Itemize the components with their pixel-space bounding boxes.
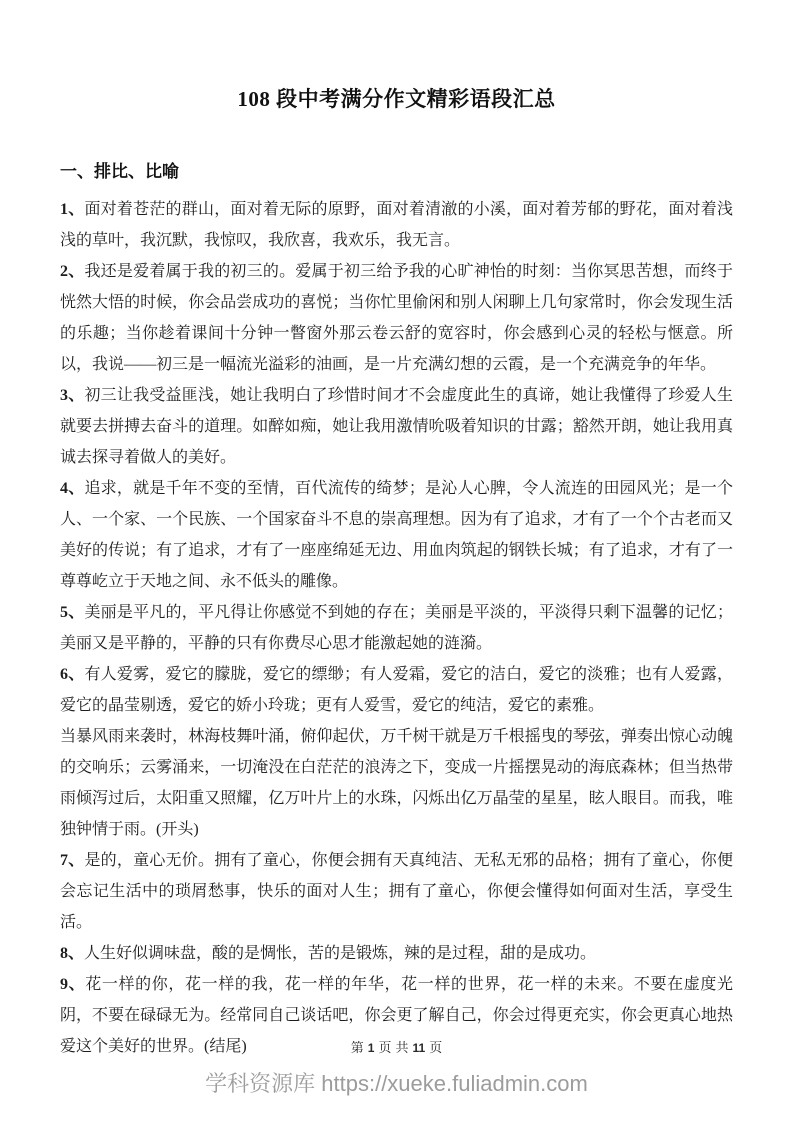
paragraph-text: 初三让我受益匪浅，她让我明白了珍惜时间才不会虚度此生的真谛，她让我懂得了珍爱人生… — [60, 387, 733, 466]
paragraph-number: 5、 — [60, 604, 84, 621]
total-page-number: 11 — [413, 1041, 426, 1055]
document-body: 1、面对着苍茫的群山，面对着无际的原野，面对着清澈的小溪，面对着芳郁的野花，面对… — [60, 194, 733, 1062]
paragraph-text: 面对着苍茫的群山，面对着无际的原野，面对着清澈的小溪，面对着芳郁的野花，面对着浅… — [60, 201, 733, 249]
paragraph-3: 3、初三让我受益匪浅，她让我明白了珍惜时间才不会虚度此生的真谛，她让我懂得了珍爱… — [60, 380, 733, 473]
paragraph-number: 2、 — [60, 263, 84, 280]
paragraph-unnumbered-rain: 当暴风雨来袭时，林海枝舞叶涌，俯仰起伏，万千树干就是万千根摇曳的琴弦，弹奏出惊心… — [60, 721, 733, 845]
paragraph-text: 是的，童心无价。拥有了童心，你便会拥有天真纯洁、无私无邪的品格；拥有了童心，你便… — [60, 852, 733, 931]
paragraph-text: 美丽是平凡的，平凡得让你感觉不到她的存在；美丽是平淡的，平淡得只剩下温馨的记忆；… — [60, 604, 733, 652]
paragraph-number: 8、 — [60, 945, 84, 962]
paragraph-2: 2、我还是爱着属于我的初三的。爱属于初三给予我的心旷神怡的时刻：当你冥思苦想，而… — [60, 256, 733, 380]
paragraph-6: 6、有人爱雾，爱它的朦胧，爱它的缥缈；有人爱霜，爱它的洁白，爱它的淡雅；也有人爱… — [60, 659, 733, 721]
paragraph-number: 9、 — [60, 976, 85, 993]
paragraph-text: 我还是爱着属于我的初三的。爱属于初三给予我的心旷神怡的时刻：当你冥思苦想，而终于… — [60, 263, 733, 373]
paragraph-number: 7、 — [60, 852, 84, 869]
footer-label-mid1: 页 — [378, 1040, 391, 1055]
paragraph-5: 5、美丽是平凡的，平凡得让你感觉不到她的存在；美丽是平淡的，平淡得只剩下温馨的记… — [60, 597, 733, 659]
paragraph-text: 有人爱雾，爱它的朦胧，爱它的缥缈；有人爱霜，爱它的洁白，爱它的淡雅；也有人爱露，… — [60, 666, 733, 714]
watermark-text: 学科资源库 https://xueke.fuliadmin.com — [0, 1069, 793, 1099]
paragraph-4: 4、追求，就是千年不变的至情，百代流传的绮梦；是沁人心脾，令人流连的田园风光；是… — [60, 473, 733, 597]
paragraph-text: 当暴风雨来袭时，林海枝舞叶涌，俯仰起伏，万千树干就是万千根摇曳的琴弦，弹奏出惊心… — [60, 728, 733, 838]
paragraph-text: 人生好似调味盘，酸的是惆怅，苦的是锻炼，辣的是过程，甜的是成功。 — [84, 945, 596, 962]
section-heading: 一、排比、比喻 — [60, 161, 733, 183]
paragraph-1: 1、面对着苍茫的群山，面对着无际的原野，面对着清澈的小溪，面对着芳郁的野花，面对… — [60, 194, 733, 256]
current-page-number: 1 — [368, 1041, 375, 1055]
document-title: 108 段中考满分作文精彩语段汇总 — [0, 0, 793, 113]
paragraph-number: 3、 — [60, 387, 84, 404]
footer-label-suffix: 页 — [429, 1040, 442, 1055]
document-page: 108 段中考满分作文精彩语段汇总 一、排比、比喻 1、面对着苍茫的群山，面对着… — [0, 0, 793, 1122]
footer-label-prefix: 第 — [351, 1040, 364, 1055]
paragraph-8: 8、人生好似调味盘，酸的是惆怅，苦的是锻炼，辣的是过程，甜的是成功。 — [60, 938, 733, 969]
paragraph-number: 4、 — [60, 480, 84, 497]
paragraph-number: 6、 — [60, 666, 84, 683]
paragraph-number: 1、 — [60, 201, 84, 218]
page-footer: 第1页共11页 — [0, 1039, 793, 1057]
footer-label-mid2: 共 — [396, 1040, 409, 1055]
paragraph-7: 7、是的，童心无价。拥有了童心，你便会拥有天真纯洁、无私无邪的品格；拥有了童心，… — [60, 845, 733, 938]
paragraph-text: 追求，就是千年不变的至情，百代流传的绮梦；是沁人心脾，令人流连的田园风光；是一个… — [60, 480, 733, 590]
